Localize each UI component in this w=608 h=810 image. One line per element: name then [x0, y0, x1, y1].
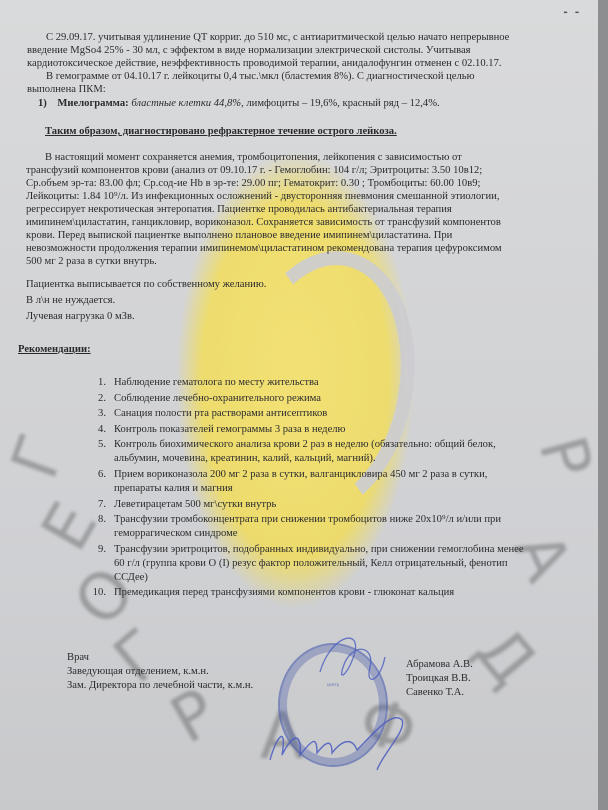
intro-line: В гемограмме от 04.10.17 г. лейкоциты 0,…: [46, 70, 475, 83]
corner-mark: ⁃ ⁃: [563, 8, 582, 19]
recommendation-number: 7.: [86, 498, 106, 511]
signature-role: Зам. Директора по лечебной части, к.м.н.: [67, 679, 253, 692]
recommendation-text: Наблюдение гематолога по месту жительств…: [114, 376, 319, 389]
intro-line: кардиотоксическое действие, неэффективно…: [27, 57, 502, 70]
signature-scribble-2: [262, 715, 412, 775]
signature-name: Троицкая В.В.: [406, 672, 471, 685]
recommendation-number: 10.: [86, 586, 106, 599]
recommendation-text: Санация полости рта растворами антисепти…: [114, 407, 327, 420]
status-line: невозможности продолжения терапии имипин…: [26, 242, 502, 255]
recommendation-number: 4.: [86, 423, 106, 436]
status-line: регрессирует некротическая энтеропатия. …: [26, 203, 452, 216]
recommendation-text: препараты калия и магния: [114, 482, 233, 495]
intro-line: введение MgSo4 25% - 30 мл, с эффектом в…: [27, 44, 471, 57]
discharge-line: Лучевая нагрузка 0 мЗв.: [26, 310, 135, 323]
recommendation-number: 3.: [86, 407, 106, 420]
recommendation-text: Контроль биохимического анализа крови 2 …: [114, 438, 496, 451]
status-line: Лейкоциты: 1.84 10⁹/л. Из инфекционных о…: [26, 190, 499, 203]
recommendation-text: Трансфузии тромбоконцентрата при снижени…: [114, 513, 501, 526]
recommendation-number: 5.: [86, 438, 106, 451]
recommendation-text: 60 г/л (группа крови О (I) резус фактор …: [114, 557, 508, 570]
status-line: В настоящий момент сохраняется анемия, т…: [45, 151, 462, 164]
discharge-line: В л\н не нуждается.: [26, 294, 115, 307]
signature-role: Заведующая отделением, к.м.н.: [67, 665, 209, 678]
discharge-line: Пациентка выписывается по собственному ж…: [26, 278, 266, 291]
status-line: 500 мг 2 раза в сутки внутрь.: [26, 255, 157, 268]
recommendation-text: геморрагическом синдроме: [114, 527, 238, 540]
myelogram-blasts: бластные клетки 44,8%,: [131, 98, 243, 109]
myelogram-label: Миелограмма:: [57, 98, 128, 109]
status-line: трансфузий компонентов крови (анализ от …: [26, 164, 482, 177]
intro-line: С 29.09.17. учитывая удлинение QT корриг…: [46, 31, 509, 44]
signature-name: Савенко Т.А.: [406, 686, 464, 699]
recommendation-number: 9.: [86, 543, 106, 556]
recommendation-text: Леветирацетам 500 мг\сутки внутрь: [114, 498, 276, 511]
recommendation-number: 2.: [86, 392, 106, 405]
recommendation-text: ССДее): [114, 571, 148, 584]
recommendation-text: Соблюдение лечебно-охранительного режима: [114, 392, 321, 405]
recommendations-title: Рекомендации:: [18, 343, 91, 356]
status-line: имипинем\циластатин, ганцикловир, ворико…: [26, 216, 501, 229]
status-line: Ср.объем эр-та: 83.00 фл; Ср.сод-ие Hb в…: [26, 177, 480, 190]
recommendation-text: Премедикация перед трансфузиями компонен…: [114, 586, 454, 599]
myelogram-number: 1): [38, 98, 47, 109]
recommendation-number: 1.: [86, 376, 106, 389]
myelogram-line: 1) Миелограмма: бластные клетки 44,8%, л…: [38, 97, 440, 110]
recommendation-text: Трансфузии эритроцитов, подобранных инди…: [114, 543, 524, 556]
signature-role: Врач: [67, 651, 89, 664]
recommendation-text: Прием вориконазола 200 мг 2 раза в сутки…: [114, 468, 487, 481]
recommendation-text: альбумин, мочевина, креатинин, калий, ка…: [114, 452, 376, 465]
recommendation-number: 8.: [86, 513, 106, 526]
recommendation-number: 6.: [86, 468, 106, 481]
conclusion: Таким образом, диагностировано рефрактер…: [45, 125, 397, 138]
status-line: крови. Перед выпиской пациентке выполнен…: [26, 229, 452, 242]
intro-line: выполнена ПКМ:: [27, 83, 106, 96]
recommendation-text: Контроль показателей гемограммы 3 раза в…: [114, 423, 345, 436]
myelogram-rest: лимфоциты – 19,6%, красный ряд – 12,4%.: [246, 98, 439, 109]
signature-scribble-1: [300, 632, 390, 702]
table-edge: [598, 0, 608, 810]
signature-name: Абрамова А.В.: [406, 658, 473, 671]
